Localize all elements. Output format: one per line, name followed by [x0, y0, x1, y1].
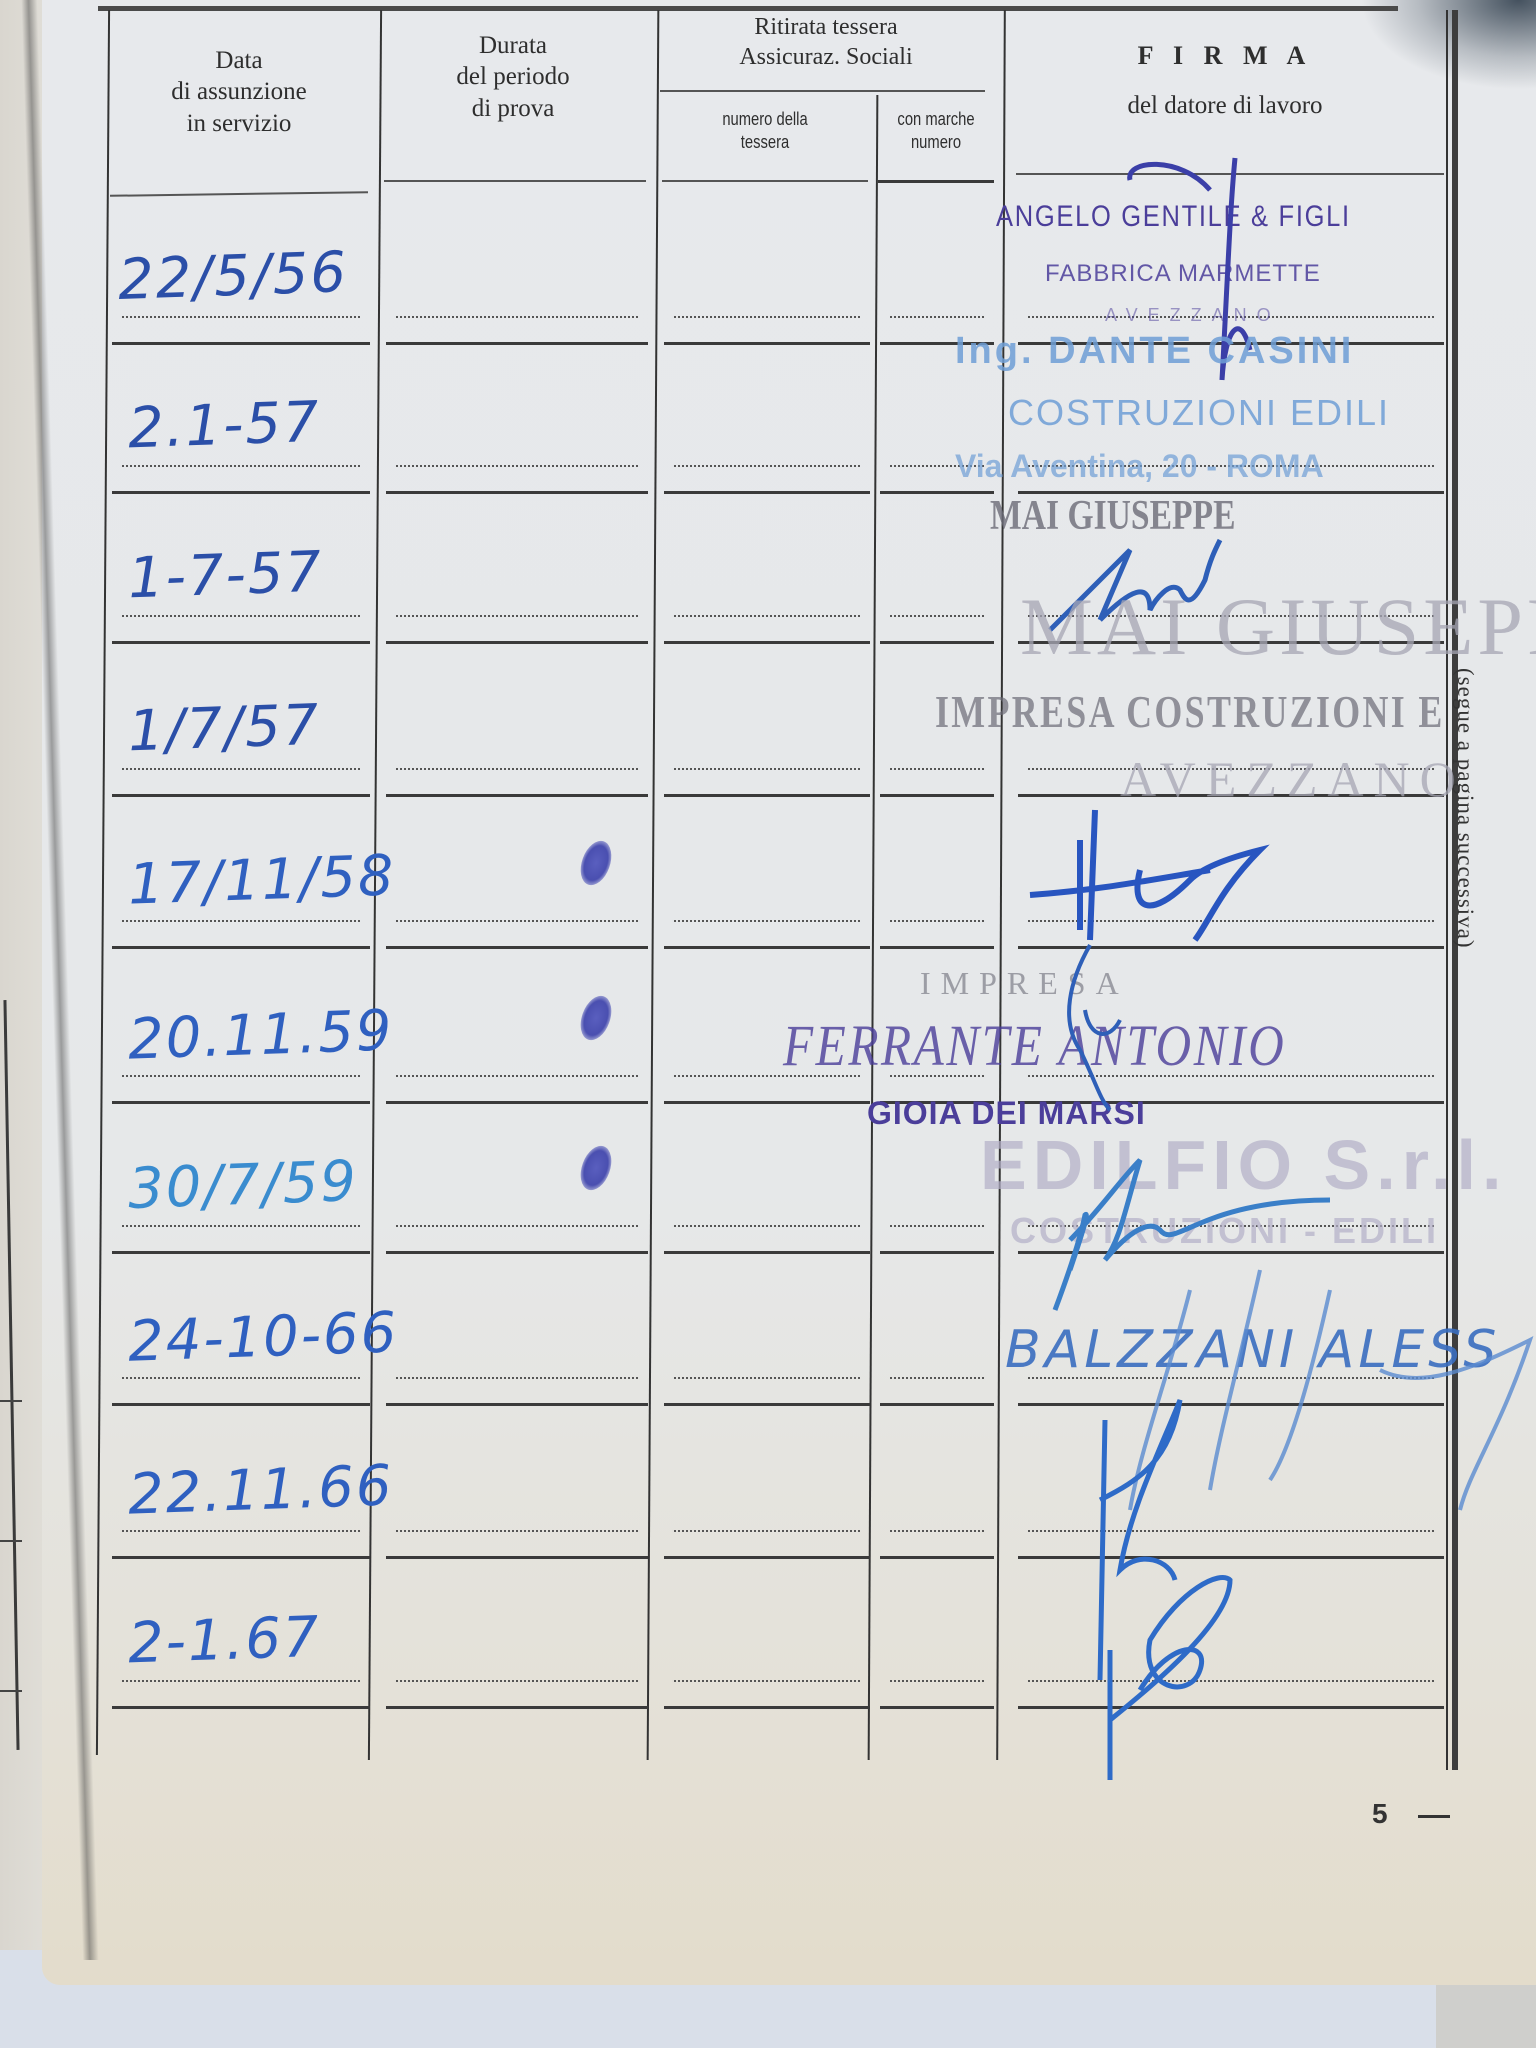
row-solid-rule [386, 1403, 648, 1406]
row-dotted-rule [890, 920, 984, 922]
row-solid-rule [880, 1251, 994, 1254]
header-date-line2: di assunzione [110, 76, 368, 107]
row-solid-rule [386, 946, 648, 949]
row-dotted-rule [890, 1225, 984, 1227]
header-stamps-number: con marche numero [885, 108, 987, 153]
date-of-hire: 2.1-57 [127, 390, 322, 462]
row-dotted-rule [122, 1680, 360, 1682]
row-dotted-rule [122, 465, 360, 467]
row-dotted-rule [122, 316, 360, 318]
row-dotted-rule [396, 1530, 638, 1532]
signature-row6 [1050, 940, 1200, 1120]
row-dotted-rule [674, 1225, 860, 1227]
row-dotted-rule [396, 920, 638, 922]
row-dotted-rule [122, 615, 360, 617]
page-number-dash [1418, 1815, 1450, 1818]
previous-page-tick [0, 1690, 22, 1692]
date-of-hire: 20.11.59 [127, 998, 394, 1072]
stamp-ferrante-name: FERRANTE ANTONIO [783, 1012, 1286, 1079]
header-insurance-card: Ritirata tessera Assicuraz. Sociali [658, 12, 994, 72]
row-dotted-rule [396, 615, 638, 617]
header-card-line2: Assicuraz. Sociali [658, 42, 994, 72]
date-of-hire: 22.11.66 [127, 1453, 394, 1527]
row-solid-rule [664, 491, 870, 494]
row-solid-rule [112, 1251, 370, 1254]
header-date: Data di assunzione in servizio [110, 45, 368, 139]
row-dotted-rule [122, 768, 360, 770]
row-solid-rule [386, 794, 648, 797]
previous-page-tick [0, 1400, 22, 1402]
table-top-rule [98, 6, 1398, 11]
header-bottom-rule [662, 180, 868, 182]
stamp-casini-business: COSTRUZIONI EDILI [1008, 392, 1390, 434]
header-bottom-rule [384, 180, 646, 182]
row-solid-rule [386, 641, 648, 644]
row-solid-rule [112, 1706, 370, 1709]
row-solid-rule [386, 1101, 648, 1104]
row-solid-rule [664, 946, 870, 949]
header-date-line3: in servizio [110, 108, 368, 139]
row-dotted-rule [396, 1075, 638, 1077]
header-card-number-line1: numero della [679, 108, 851, 131]
header-trial-line3: di prova [380, 93, 646, 124]
row-dotted-rule [396, 1680, 638, 1682]
row-solid-rule [880, 1706, 994, 1709]
subheader-rule [660, 90, 985, 92]
row-solid-rule [112, 1556, 370, 1559]
row-solid-rule [386, 1706, 648, 1709]
row-solid-rule [112, 641, 370, 644]
header-card-number-line2: tessera [679, 131, 851, 154]
row-solid-rule [112, 794, 370, 797]
header-card-number: numero della tessera [679, 108, 851, 153]
row-dotted-rule [122, 1377, 360, 1379]
row-dotted-rule [396, 1225, 638, 1227]
header-trial-period: Durata del periodo di prova [380, 30, 646, 124]
row-dotted-rule [674, 920, 860, 922]
row-dotted-rule [890, 1530, 984, 1532]
signature-row9-row10 [1060, 1380, 1260, 1790]
row-solid-rule [664, 794, 870, 797]
row-solid-rule [112, 491, 370, 494]
row-dotted-rule [674, 1530, 860, 1532]
row-dotted-rule [122, 1075, 360, 1077]
row-dotted-rule [674, 615, 860, 617]
header-bottom-rule [878, 180, 994, 183]
row-solid-rule [112, 342, 370, 345]
previous-page-rule [3, 1000, 19, 1750]
header-trial-line2: del periodo [380, 61, 646, 92]
row-solid-rule [386, 342, 648, 345]
row-solid-rule [664, 1251, 870, 1254]
header-signature-subtitle: del datore di lavoro [1006, 90, 1444, 121]
row-solid-rule [880, 641, 994, 644]
row-solid-rule [880, 1403, 994, 1406]
date-of-hire: 22/5/56 [117, 240, 349, 313]
previous-page-tick [0, 1540, 22, 1542]
row-solid-rule [386, 491, 648, 494]
row-dotted-rule [890, 1680, 984, 1682]
date-of-hire: 1/7/57 [127, 693, 321, 765]
header-date-line1: Data [110, 45, 368, 76]
date-of-hire: 30/7/59 [127, 1149, 359, 1222]
header-stamps-line2: numero [885, 131, 987, 154]
row-dotted-rule [122, 920, 360, 922]
page-number: 5 [1372, 1798, 1388, 1830]
row-solid-rule [112, 1101, 370, 1104]
continuation-note: (segue a pagina successiva) [1452, 668, 1478, 949]
row-solid-rule [664, 342, 870, 345]
row-dotted-rule [396, 1377, 638, 1379]
row-dotted-rule [890, 316, 984, 318]
stamp-mai-business: IMPRESA COSTRUZIONI E [935, 685, 1445, 738]
row-dotted-rule [890, 615, 984, 617]
row-solid-rule [664, 1706, 870, 1709]
row-solid-rule [664, 1403, 870, 1406]
row-dotted-rule [396, 768, 638, 770]
row-dotted-rule [674, 1680, 860, 1682]
date-of-hire: 17/11/58 [127, 843, 397, 917]
row-solid-rule [880, 946, 994, 949]
stamp-casini-name: Ing. DANTE CASINI [955, 330, 1354, 373]
row-dotted-rule [674, 316, 860, 318]
header-card-line1: Ritirata tessera [658, 12, 994, 42]
row-solid-rule [112, 946, 370, 949]
header-trial-line1: Durata [380, 30, 646, 61]
row-solid-rule [664, 641, 870, 644]
stamp-casini-address: Via Aventina, 20 - ROMA [955, 448, 1324, 485]
row-dotted-rule [890, 768, 984, 770]
header-stamps-line1: con marche [885, 108, 987, 131]
date-of-hire: 1-7-57 [127, 540, 324, 612]
date-of-hire: 2-1.67 [127, 1605, 322, 1677]
row-solid-rule [386, 1556, 648, 1559]
row-dotted-rule [122, 1530, 360, 1532]
row-solid-rule [880, 1556, 994, 1559]
row-dotted-rule [674, 1377, 860, 1379]
row-dotted-rule [674, 465, 860, 467]
row-solid-rule [664, 1101, 870, 1104]
row-dotted-rule [890, 1377, 984, 1379]
row-dotted-rule [396, 465, 638, 467]
header-signature-title: F I R M A [1006, 40, 1444, 73]
date-of-hire: 24-10-66 [127, 1300, 399, 1374]
row-solid-rule [880, 794, 994, 797]
row-dotted-rule [122, 1225, 360, 1227]
stamp-mai-large: MAI GIUSEPPE [1020, 580, 1536, 674]
row-dotted-rule [396, 316, 638, 318]
row-dotted-rule [674, 768, 860, 770]
row-solid-rule [880, 491, 994, 494]
row-solid-rule [112, 1403, 370, 1406]
row-solid-rule [386, 1251, 648, 1254]
row-solid-rule [664, 1556, 870, 1559]
